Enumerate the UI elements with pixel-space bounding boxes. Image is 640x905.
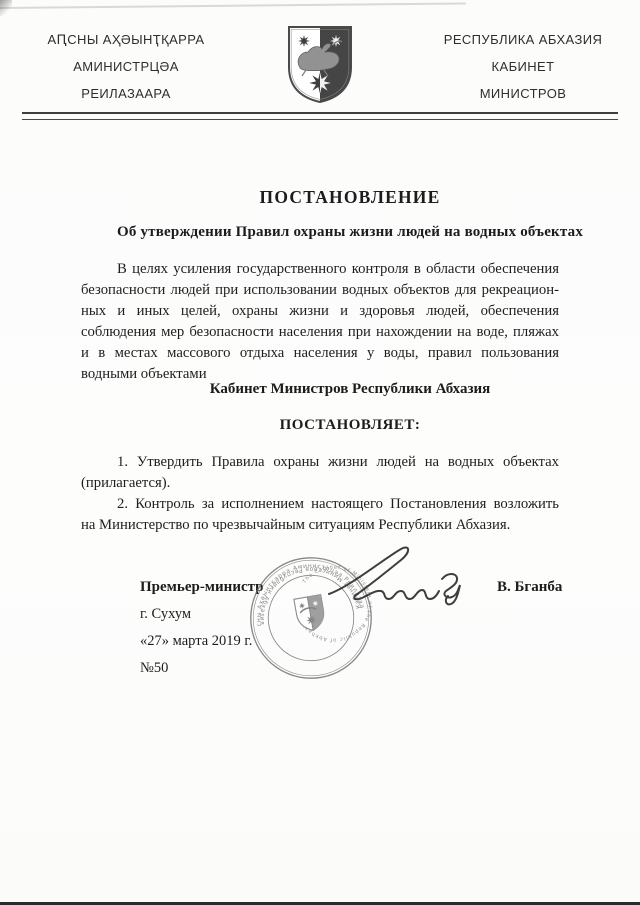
coat-of-arms-icon [286,25,354,105]
scan-corner-artifact [0,0,12,16]
document-subject: Об утверждении Правил охраны жизни людей… [81,224,589,241]
preamble-line: В целях усиления государственного контро… [81,259,559,280]
preamble-paragraph: В целях усиления государственного контро… [81,259,559,385]
signer-name: В. Бганба [497,579,562,596]
header-divider-rule [22,112,618,120]
preamble-line: ных и иных целей, охраны жизни и здоровь… [81,301,559,322]
signature-city: г. Сухум [140,606,191,623]
item-line: на Министерство по чрезвычайным ситуация… [81,515,559,536]
resolves-heading: ПОСТАНОВЛЯЕТ: [81,417,589,434]
header-right-line2: КАБИНЕТ [432,53,614,80]
item-line: (прилагается). [81,473,559,494]
header-left-line1: АԤСНЫ АҲӘЫНҬҚАРРА [26,26,226,53]
header-left-abkhaz: АԤСНЫ АҲӘЫНҬҚАРРА АМИНИСТРЦӘА РЕИЛАЗААРА [26,26,226,107]
preamble-line: и в местах массового отдыха населения у … [81,343,559,364]
preamble-line: безопасности людей при использовании вод… [81,280,559,301]
document-page: АԤСНЫ АҲӘЫНҬҚАРРА АМИНИСТРЦӘА РЕИЛАЗААРА… [0,0,640,905]
header-left-line3: РЕИЛАЗААРА [26,80,226,107]
item-line: 1. Утвердить Правила охраны жизни людей … [81,452,559,473]
signature-date: «27» марта 2019 г. [140,633,252,650]
resolution-items: 1. Утвердить Правила охраны жизни людей … [81,452,559,536]
document-number: №50 [140,660,168,677]
document-title: ПОСТАНОВЛЕНИЕ [81,187,589,208]
scan-edge-artifact [0,2,466,8]
header-right-line1: РЕСПУБЛИКА АБХАЗИЯ [432,26,614,53]
authority-name: Кабинет Министров Республики Абхазия [81,381,589,398]
item-line: 2. Контроль за исполнением настоящего По… [81,494,559,515]
preamble-line: соблюдения мер безопасности населения пр… [81,322,559,343]
header-left-line2: АМИНИСТРЦӘА [26,53,226,80]
header-right-russian: РЕСПУБЛИКА АБХАЗИЯ КАБИНЕТ МИНИСТРОВ [432,26,614,107]
header-right-line3: МИНИСТРОВ [432,80,614,107]
handwritten-signature [323,545,475,611]
